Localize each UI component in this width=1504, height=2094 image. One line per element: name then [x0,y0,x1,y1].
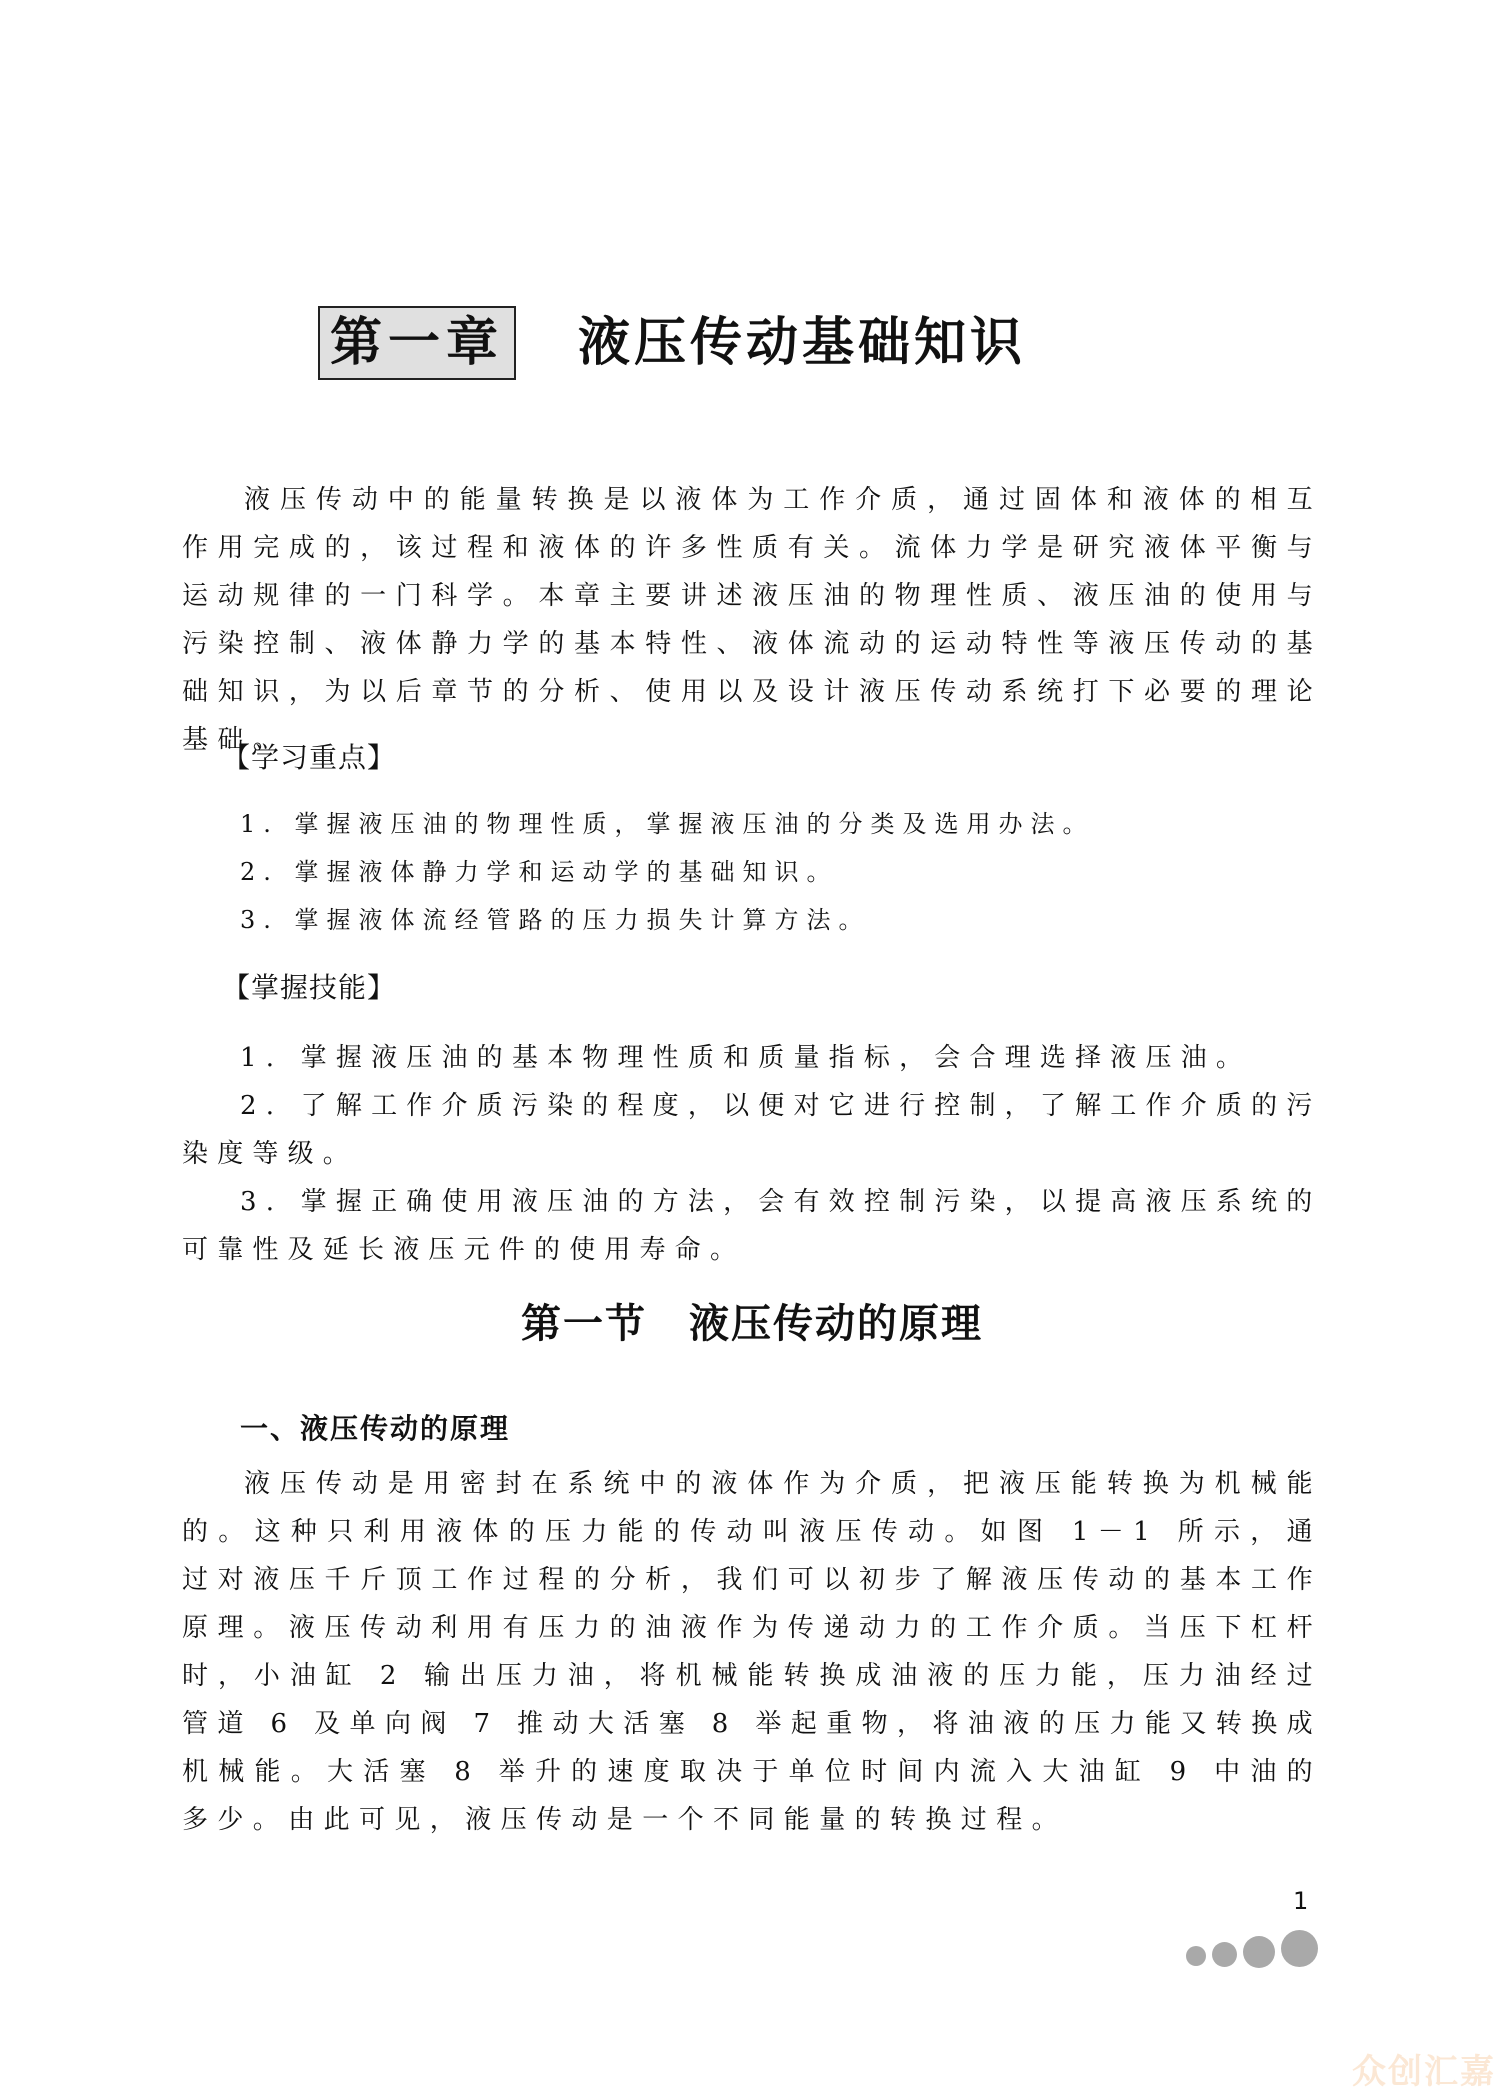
subsection-heading: 一、液压传动的原理 [240,1408,510,1450]
skills-list: 1. 掌握液压油的基本物理性质和质量指标，会合理选择液压油。 2. 了解工作介质… [182,1034,1322,1274]
list-item: 1. 掌握液压油的物理性质，掌握液压油的分类及选用办法。 [240,800,1320,848]
dot-icon [1281,1930,1318,1967]
intro-paragraph: 液压传动中的能量转换是以液体为工作介质，通过固体和液体的相互作用完成的，该过程和… [182,476,1322,764]
dot-icon [1243,1936,1275,1968]
page-decoration-dots [1180,1930,1320,1970]
intro-section: 液压传动中的能量转换是以液体为工作介质，通过固体和液体的相互作用完成的，该过程和… [182,476,1322,764]
document-page: 第一章 液压传动基础知识 液压传动中的能量转换是以液体为工作介质，通过固体和液体… [0,0,1504,2094]
chapter-title: 液压传动基础知识 [578,312,1026,374]
section-label: 第一节 [521,1300,647,1347]
chapter-label-box: 第一章 [318,306,516,380]
list-item: 3. 掌握正确使用液压油的方法，会有效控制污染，以提高液压系统的可靠性及延长液压… [182,1178,1322,1274]
skills-heading: 【掌握技能】 [222,968,396,1008]
key-points-list: 1. 掌握液压油的物理性质，掌握液压油的分类及选用办法。 2. 掌握液体静力学和… [240,800,1320,944]
subsection-body: 液压传动是用密封在系统中的液体作为介质，把液压能转换为机械能的。这种只利用液体的… [182,1460,1322,1844]
page-number: 1 [1293,1886,1308,1916]
list-item: 2. 掌握液体静力学和运动学的基础知识。 [240,848,1320,896]
dot-icon [1186,1946,1206,1966]
watermark: 众创汇嘉 [1352,2052,1496,2092]
subsection-paragraph: 液压传动是用密封在系统中的液体作为介质，把液压能转换为机械能的。这种只利用液体的… [182,1460,1322,1844]
dot-icon [1212,1942,1237,1967]
chapter-heading: 第一章 液压传动基础知识 [0,306,1504,380]
list-item: 2. 了解工作介质污染的程度，以便对它进行控制，了解工作介质的污染度等级。 [182,1082,1322,1178]
section-heading: 第一节液压传动的原理 [0,1296,1504,1352]
list-item: 3. 掌握液体流经管路的压力损失计算方法。 [240,896,1320,944]
key-points-heading: 【学习重点】 [222,738,396,778]
section-title: 液压传动的原理 [689,1300,983,1347]
list-item: 1. 掌握液压油的基本物理性质和质量指标，会合理选择液压油。 [182,1034,1322,1082]
